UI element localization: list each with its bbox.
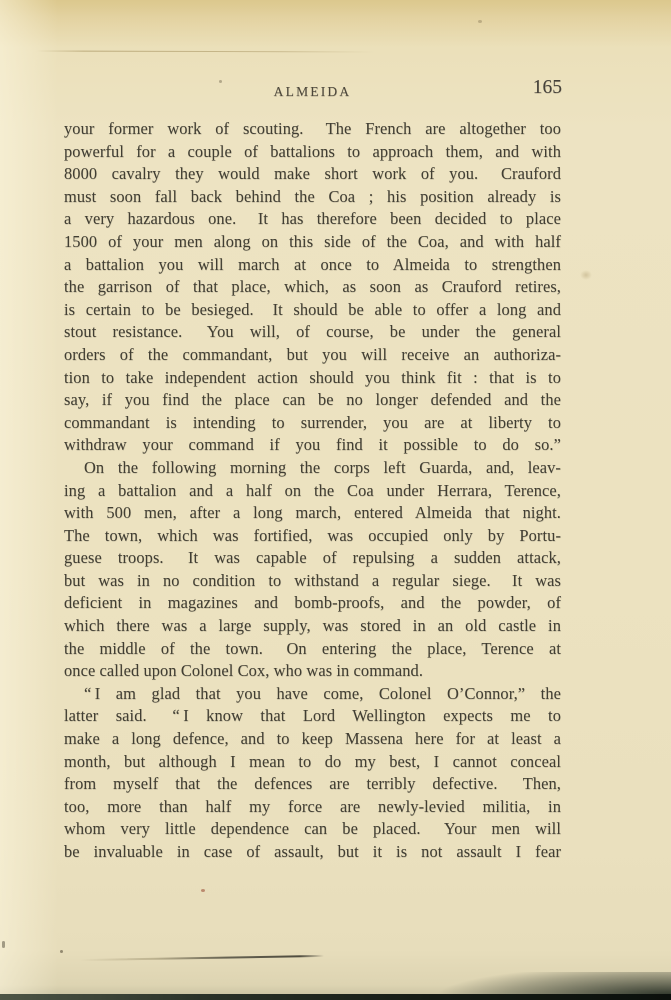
text-line: commandant is intending to surrender, yo… (64, 412, 561, 435)
text-line: latter said. “ I know that Lord Wellingt… (64, 705, 561, 728)
text-line: a battalion you will march at once to Al… (64, 254, 561, 277)
paper-speck (478, 20, 482, 23)
text-line: but was in no condition to withstand a r… (64, 570, 561, 593)
text-line: deficient in magazines and bomb-proofs, … (64, 592, 561, 615)
page-text: your former work of scouting. The French… (64, 118, 561, 864)
text-line: ing a battalion and a half on the Coa un… (64, 480, 561, 503)
text-line: 8000 cavalry they would make short work … (64, 163, 561, 186)
text-line: from myself that the defences are terrib… (64, 773, 561, 796)
paper-stain (580, 270, 592, 280)
text-line: withdraw your command if you find it pos… (64, 434, 561, 457)
text-line: stout resistance. You will, of course, b… (64, 321, 561, 344)
text-line: On the following morning the corps left … (64, 457, 561, 480)
text-line: month, but although I mean to do my best… (64, 751, 561, 774)
text-line: must soon fall back behind the Coa ; his… (64, 186, 561, 209)
text-line: orders of the commandant, but you will r… (64, 344, 561, 367)
text-line: “ I am glad that you have come, Colonel … (64, 683, 561, 706)
text-line: make a long defence, and to keep Massena… (64, 728, 561, 751)
text-line: your former work of scouting. The French… (64, 118, 561, 141)
book-page-scan: ALMEIDA 165 your former work of scouting… (0, 0, 671, 1000)
text-line: guese troops. It was capable of repulsin… (64, 547, 561, 570)
text-line: once called upon Colonel Cox, who was in… (64, 660, 561, 683)
text-line: 1500 of your men along on this side of t… (64, 231, 561, 254)
page-corner-shadow (371, 972, 671, 996)
text-line: which there was a large supply, was stor… (64, 615, 561, 638)
text-line: the middle of the town. On entering the … (64, 638, 561, 661)
text-line: with 500 men, after a long march, entere… (64, 502, 561, 525)
paper-top-shading (0, 0, 671, 46)
text-line: powerful for a couple of battalions to a… (64, 141, 561, 164)
paper-speck (2, 941, 5, 948)
scan-artifact-line-top (36, 51, 376, 53)
paper-speck (219, 80, 222, 83)
text-line: whom very little dependence can be place… (64, 818, 561, 841)
text-line: is certain to be besieged. It should be … (64, 299, 561, 322)
text-line: the garrison of that place, which, as so… (64, 276, 561, 299)
page-number: 165 (63, 77, 562, 99)
text-line: a very hazardous one. It has therefore b… (64, 208, 561, 231)
page-curve-highlight (0, 0, 58, 1000)
text-line: tion to take independent action should y… (64, 367, 561, 390)
text-line: be invaluable in case of assault, but it… (64, 841, 561, 864)
paper-speck (201, 889, 205, 892)
text-line: say, if you find the place can be no lon… (64, 389, 561, 412)
scan-artifact-line-bottom (80, 955, 324, 961)
book-edge-shadow (0, 994, 671, 1000)
paper-speck (60, 950, 63, 953)
text-line: The town, which was fortified, was occup… (64, 525, 561, 548)
text-line: too, more than half my force are newly-l… (64, 796, 561, 819)
